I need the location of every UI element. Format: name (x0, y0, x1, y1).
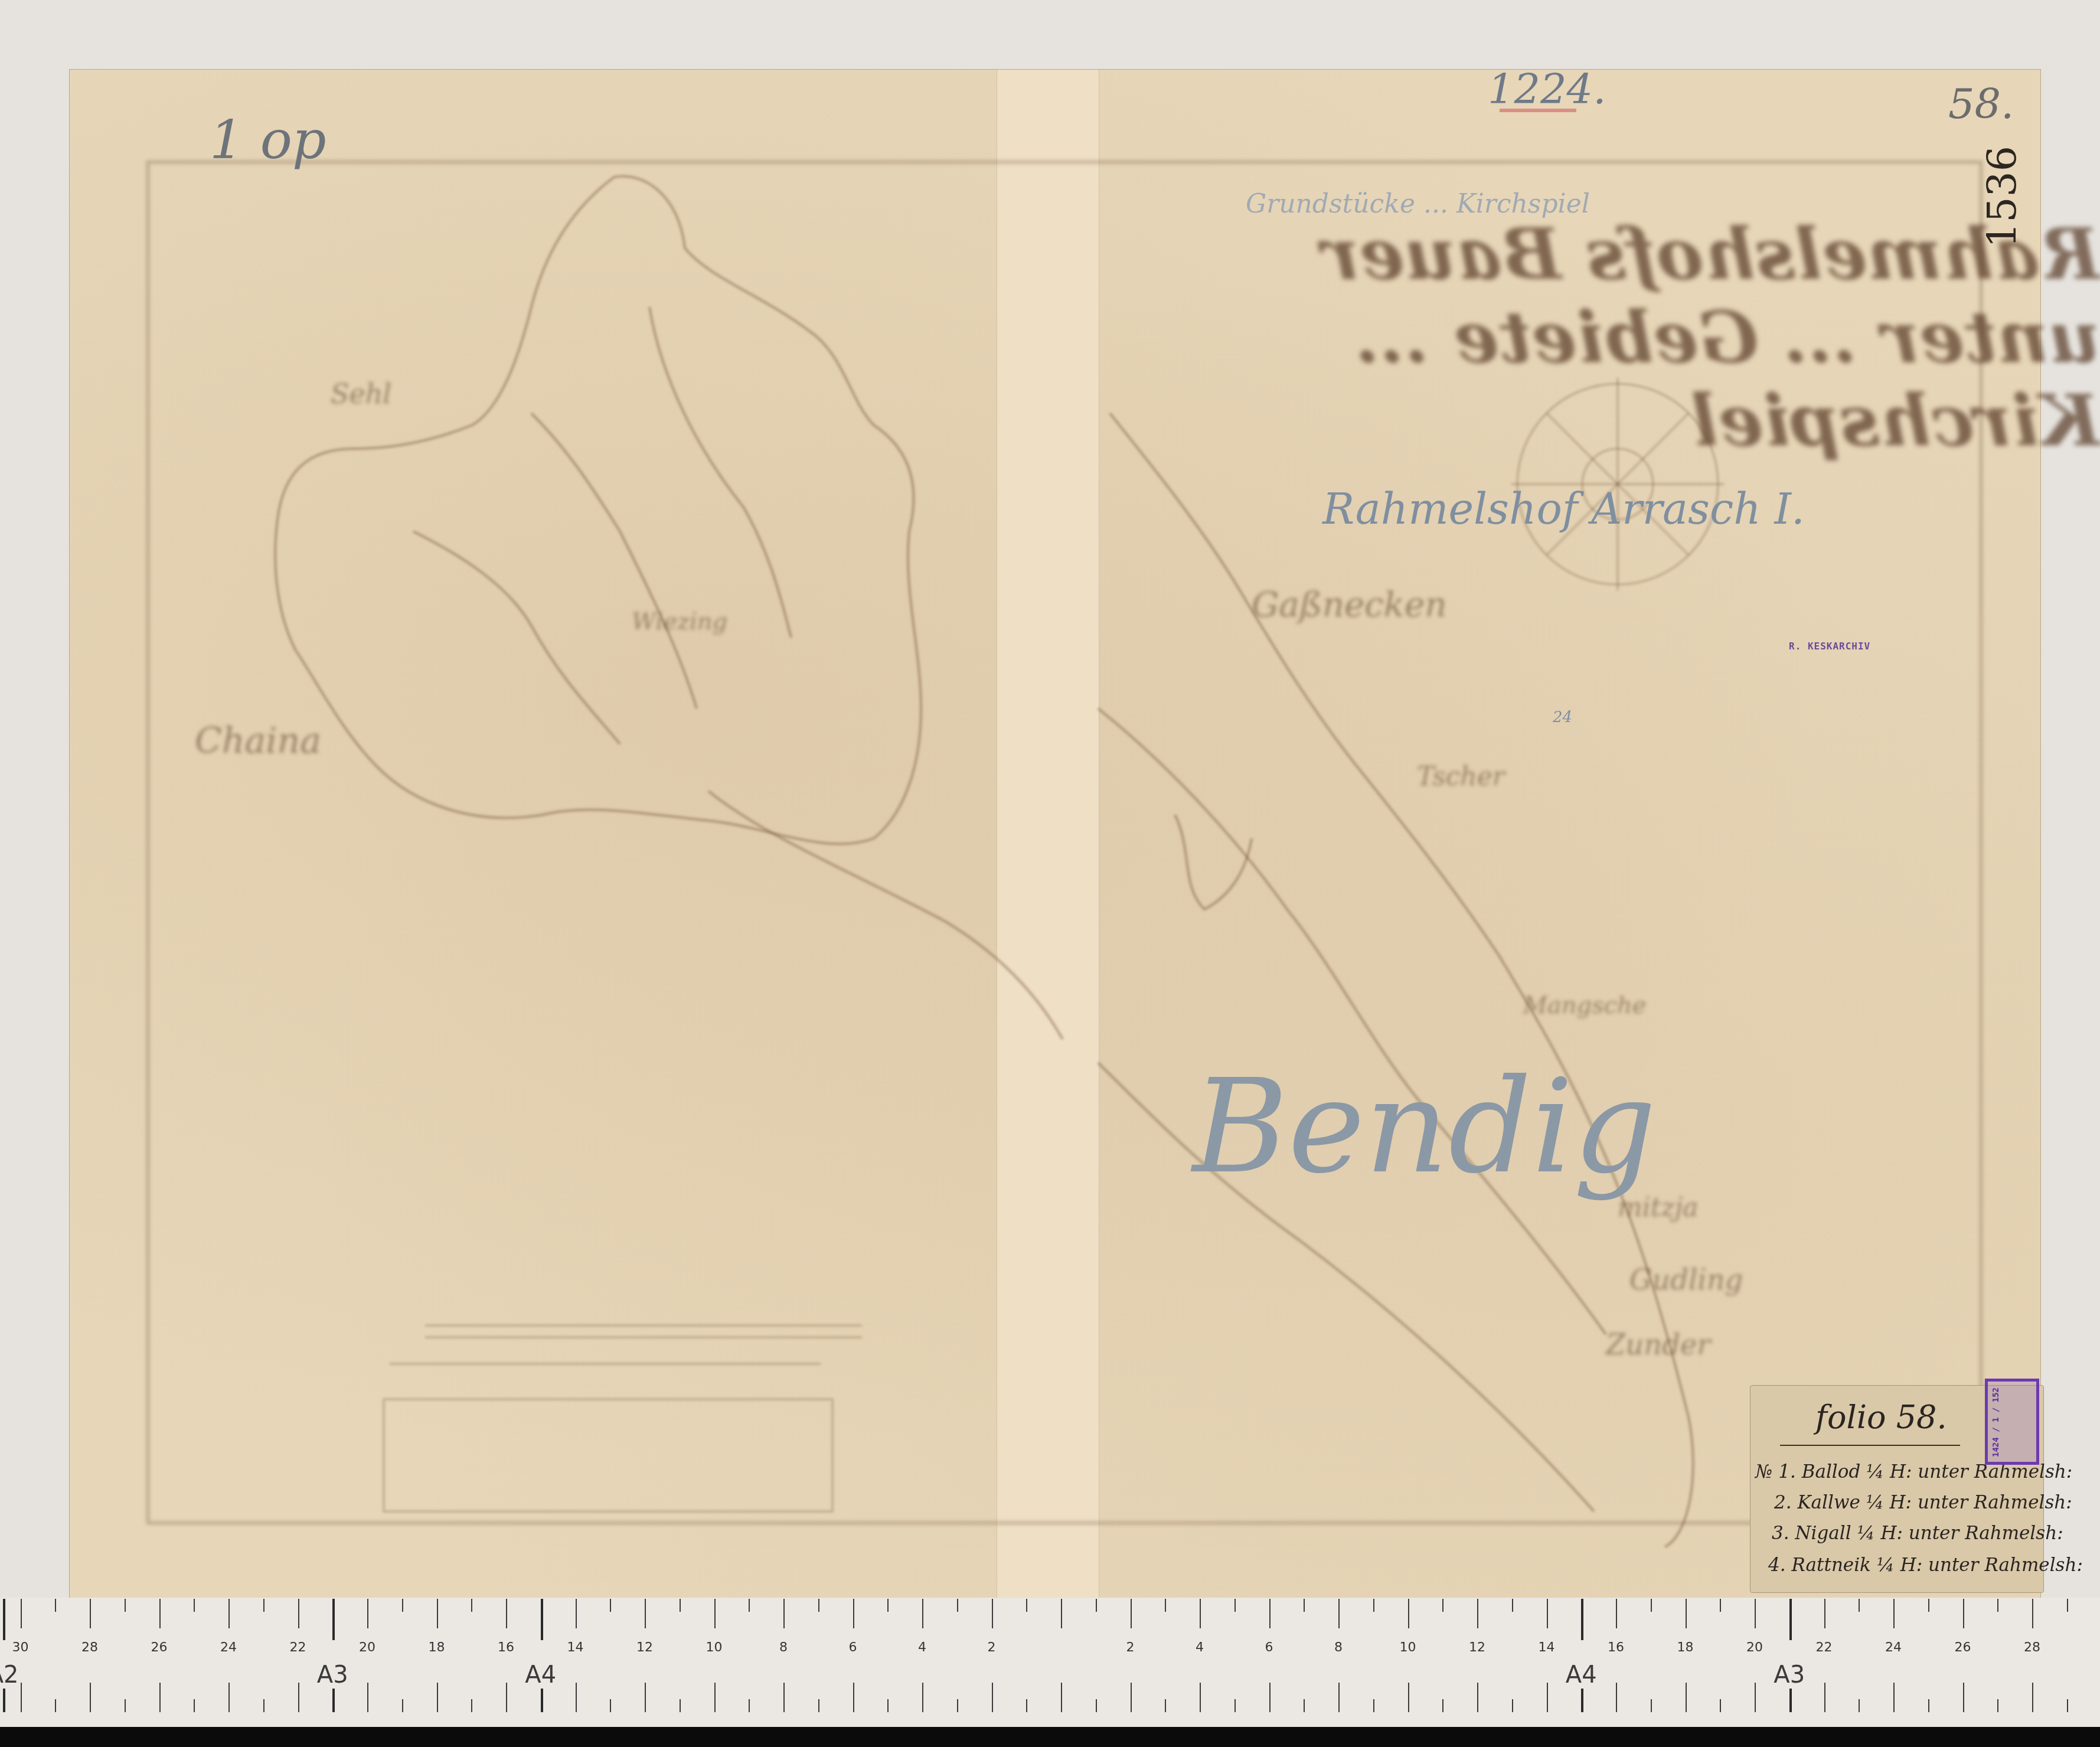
ruler-tick (887, 1599, 889, 1612)
map-label: Zunder (1606, 1328, 1710, 1361)
red-underline (1500, 109, 1576, 112)
ruler-tick (576, 1683, 577, 1712)
ruler-tick (402, 1599, 403, 1612)
ruler-tick (541, 1689, 543, 1712)
pencil-note-1224: 1224. (1488, 65, 1606, 113)
ruler-number: 6 (1265, 1640, 1273, 1655)
ruler-tick (471, 1699, 472, 1712)
ruler-number: 10 (706, 1640, 723, 1655)
ruler-number: 12 (1469, 1640, 1485, 1655)
ruler-tick (21, 1683, 22, 1712)
ruler-tick (1234, 1699, 1236, 1712)
ruler-tick (645, 1599, 646, 1628)
ruler-tick (1789, 1599, 1792, 1640)
ruler-tick (471, 1599, 472, 1612)
ruler-tick (1026, 1599, 1027, 1612)
ruler-tick (367, 1683, 368, 1712)
paper-format-label: A3 (317, 1661, 348, 1689)
ruler-tick (1512, 1699, 1513, 1712)
ruler-tick (1131, 1599, 1132, 1628)
ruler-tick (1824, 1683, 1825, 1712)
ruler-tick (1651, 1699, 1652, 1712)
map-label: Tscher (1417, 762, 1505, 792)
ruler-tick (1512, 1599, 1513, 1612)
ruler-number: 26 (151, 1640, 168, 1655)
ruler-tick (1096, 1599, 1097, 1612)
ruler-tick (506, 1599, 507, 1628)
ruler-number: 10 (1400, 1640, 1416, 1655)
ruler-tick (1581, 1599, 1583, 1640)
ruler-tick (437, 1683, 438, 1712)
ruler-tick (680, 1699, 681, 1712)
pencil-number-24: 24 (1553, 708, 1572, 726)
ruler-number: 4 (918, 1640, 926, 1655)
ruler-tick (1408, 1599, 1409, 1628)
ruler-number: 14 (567, 1640, 584, 1655)
ruler-tick (853, 1683, 854, 1712)
ruler-tick (1755, 1683, 1756, 1712)
ruler-tick (1165, 1599, 1166, 1612)
ruler-tick (2067, 1699, 2068, 1712)
paper-format-label: A4 (525, 1661, 556, 1689)
entry-row: 4. Rattneik ¼ H: unter Rahmelsh: (1768, 1555, 2083, 1576)
ruler-number: 24 (220, 1640, 237, 1655)
ruler-tick (228, 1599, 230, 1628)
ruler-tick (1928, 1699, 1929, 1712)
ruler-tick (1131, 1683, 1132, 1712)
ruler-number: 24 (1885, 1640, 1902, 1655)
ruler-tick (263, 1699, 264, 1712)
scanner-base (0, 1727, 2100, 1747)
ruler-tick (1547, 1683, 1548, 1712)
pencil-note-58: 58. (1948, 80, 2014, 128)
ruler-tick (1165, 1699, 1166, 1712)
map-label: Mangsche (1523, 992, 1647, 1019)
ruler-tick (1720, 1599, 1721, 1612)
ruler-tick (610, 1599, 611, 1612)
ruler-tick (922, 1599, 923, 1628)
ruler-tick (55, 1599, 56, 1612)
ruler-number: 14 (1539, 1640, 1555, 1655)
ruler-tick (1338, 1599, 1340, 1628)
ruler-tick (992, 1599, 993, 1628)
ruler-tick (437, 1599, 438, 1628)
ruler-tick (853, 1599, 854, 1628)
map-label: Sehl (331, 378, 391, 410)
ruler-tick (645, 1683, 646, 1712)
ruler-tick (1581, 1689, 1583, 1712)
ruler-tick (680, 1599, 681, 1612)
map-label: Gudling (1629, 1263, 1743, 1297)
ruler-tick (749, 1699, 750, 1712)
ruler-tick (783, 1599, 785, 1628)
archive-stamp: R. KESKARCHIV (1789, 641, 1870, 652)
ruler-tick (1720, 1699, 1721, 1712)
ruler-tick (714, 1683, 716, 1712)
entry-row: 2. Kallwe ¼ H: unter Rahmelsh: (1774, 1492, 2072, 1513)
ruler-tick (1200, 1599, 1201, 1628)
pencil-note-1op: 1 op (210, 109, 326, 171)
ruler-tick (402, 1699, 403, 1712)
ruler-number: 8 (1334, 1640, 1343, 1655)
ruler-tick (1755, 1599, 1756, 1628)
ruler-tick (263, 1599, 264, 1612)
ruler-number: 28 (81, 1640, 98, 1655)
ruler-tick (194, 1599, 195, 1612)
ruler-tick (1477, 1599, 1478, 1628)
ruler-number: 22 (1816, 1640, 1833, 1655)
ruler-tick (2032, 1683, 2033, 1712)
ruler-tick (887, 1699, 889, 1712)
ruler-tick (1928, 1599, 1929, 1612)
ruler-tick (1547, 1599, 1548, 1628)
ruler-number: 18 (1677, 1640, 1694, 1655)
ruler-tick (1304, 1699, 1305, 1712)
pencil-note-rahmelshof: Rahmelshof Arrasch I. (1322, 484, 1805, 534)
purple-archive-stamp: 1424 / 1 / 152 (1985, 1379, 2039, 1465)
ruler-tick (1859, 1599, 1860, 1612)
ruler-number: 20 (1746, 1640, 1763, 1655)
ruler-number: 8 (779, 1640, 788, 1655)
ruler-tick (55, 1699, 56, 1712)
ruler-tick (610, 1699, 611, 1712)
ruler-tick (818, 1699, 819, 1712)
ruler-tick (1651, 1599, 1652, 1612)
map-label: Chaina (195, 720, 321, 762)
ruler-tick (1616, 1599, 1617, 1628)
pencil-note-faint-top: Grundstücke ... Kirchspiel (1246, 189, 1590, 219)
ruler-tick (714, 1599, 716, 1628)
paper-format-label: A2 (0, 1661, 19, 1689)
ruler-tick (1373, 1699, 1374, 1712)
ruler-tick (90, 1683, 91, 1712)
ruler-tick (1616, 1683, 1617, 1712)
ruler-tick (1824, 1599, 1825, 1628)
ruler-tick (1061, 1683, 1062, 1712)
ruler-tick (1200, 1683, 1201, 1712)
ruler-tick (298, 1599, 299, 1628)
ruler-number: 28 (2024, 1640, 2040, 1655)
ruler-number: 16 (498, 1640, 514, 1655)
ruler-tick (1234, 1599, 1236, 1612)
ruler-tick (576, 1599, 577, 1628)
ruler-tick (1269, 1683, 1271, 1712)
ruler-number: 18 (429, 1640, 445, 1655)
ruler-tick (1338, 1683, 1340, 1712)
ruler-number: 30 (12, 1640, 29, 1655)
ruler-tick (125, 1599, 126, 1612)
paper-format-label: A4 (1566, 1661, 1597, 1689)
ruler-tick (1859, 1699, 1860, 1712)
ruler-tick (783, 1683, 785, 1712)
ruler-number: 20 (359, 1640, 375, 1655)
map-label: Wiezing (632, 608, 727, 635)
ruler-number: 6 (849, 1640, 857, 1655)
heading-underline (1780, 1445, 1960, 1446)
ruler-tick (1304, 1599, 1305, 1612)
ruler-tick (21, 1599, 22, 1628)
ruler-tick (1442, 1599, 1443, 1612)
ruler-tick (1997, 1599, 1998, 1612)
ruler-tick (957, 1599, 958, 1612)
ruler-tick (1963, 1599, 1964, 1628)
ruler-tick (332, 1689, 335, 1712)
ruler-tick (1442, 1699, 1443, 1712)
ruler-tick (1477, 1683, 1478, 1712)
ruler-tick (1893, 1683, 1895, 1712)
ruler-tick (1789, 1689, 1792, 1712)
ruler-number: 2 (1126, 1640, 1135, 1655)
ruler-tick (125, 1699, 126, 1712)
ruler-tick (332, 1599, 335, 1640)
ruler-tick (159, 1683, 161, 1712)
ink-number-1536: 1536 (1979, 146, 2026, 248)
ruler-number: 16 (1608, 1640, 1624, 1655)
ruler-tick (90, 1599, 91, 1628)
ruler-tick (1061, 1599, 1062, 1628)
ruler-number: 22 (290, 1640, 306, 1655)
ruler-tick (1893, 1599, 1895, 1628)
ruler-tick (159, 1599, 161, 1628)
ruler-tick (1026, 1699, 1027, 1712)
paper-format-label: A3 (1774, 1661, 1805, 1689)
ruler-tick (3, 1689, 5, 1712)
ruler-tick (1686, 1683, 1687, 1712)
entry-row: 3. Nigall ¼ H: unter Rahmelsh: (1772, 1523, 2063, 1544)
ruler-tick (749, 1599, 750, 1612)
ruler-tick (367, 1599, 368, 1628)
ruler-tick (2067, 1599, 2068, 1612)
ruler-tick (992, 1683, 993, 1712)
ruler-tick (922, 1683, 923, 1712)
ruler-tick (3, 1599, 5, 1640)
ruler-tick (506, 1683, 507, 1712)
ruler-number: 26 (1955, 1640, 1971, 1655)
pencil-signature: Bendig (1193, 1051, 1657, 1202)
ruler-tick (1408, 1683, 1409, 1712)
ruler-number: 12 (636, 1640, 653, 1655)
ruler-number: 2 (988, 1640, 996, 1655)
ruler-tick (228, 1683, 230, 1712)
ruler-tick (1096, 1699, 1097, 1712)
folio-heading: folio 58. (1815, 1399, 1947, 1436)
map-label: Gaßnecken (1252, 584, 1447, 625)
ruler-tick (1686, 1599, 1687, 1628)
ruler-tick (194, 1699, 195, 1712)
ruler-tick (541, 1599, 543, 1640)
ruler-tick (1269, 1599, 1271, 1628)
ruler-tick (1373, 1599, 1374, 1612)
ruler-tick (2032, 1599, 2033, 1628)
ruler-tick (298, 1683, 299, 1712)
ruler-number: 4 (1196, 1640, 1204, 1655)
ruler-tick (957, 1699, 958, 1712)
ruler-tick (818, 1599, 819, 1612)
ruler-tick (1963, 1683, 1964, 1712)
ruler-tick (1997, 1699, 1998, 1712)
